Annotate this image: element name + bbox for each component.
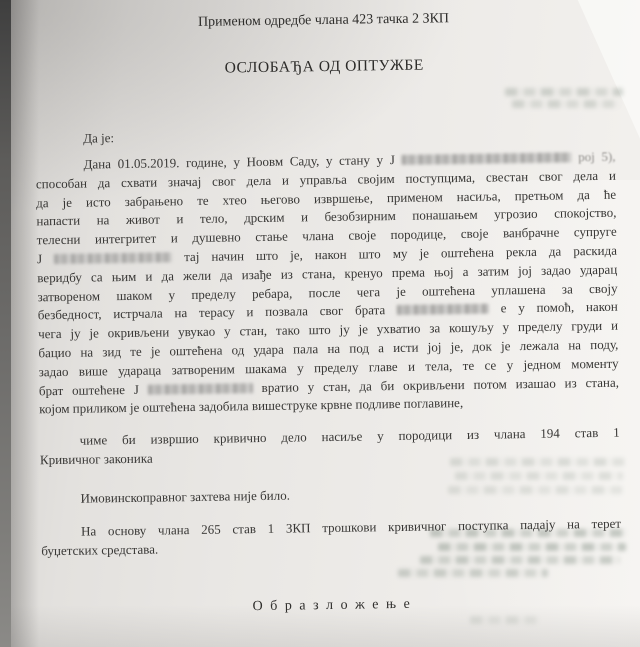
ruling-basis-heading: Применом одредбе члана 423 тачка 2 ЗКП [33,8,613,35]
court-judgment-text: Применом одредбе члана 423 тачка 2 ЗКП О… [33,0,623,647]
body-line-6-initial: Ј [37,251,42,266]
body-line-1-text: Дана 01.05.2019. године, у Ноовм Саду, у… [83,152,394,172]
facts-paragraph: Дана 01.05.2019. године, у Ноовм Саду, у… [35,148,619,420]
redacted-name-blur [397,304,489,315]
body-line-9-text: безбедност, истрчала на терасу и позвала… [38,303,386,323]
faint-address-tail: рој 5), [578,149,616,165]
redacted-name-blur [148,383,253,395]
body-line-13-text: брат оштећене Ј [39,381,139,397]
property-claim-line: Имовинскоправног захтева није било. [40,482,620,509]
photo-left-edge [0,0,11,647]
legal-qualification-paragraph: чиме би извршио кривично дело насиље у п… [40,424,620,470]
costs-paragraph: На основу члана 265 став 1 ЗКП трошкови … [41,515,621,561]
rationale-heading: О б р а з л о ж е њ е [42,593,622,620]
body-line-9-tail: е у помоћ, након [501,299,618,316]
intro-line: Да је: [35,122,615,149]
verdict-heading: ОСЛОБАЂА ОД ОПТУЖБЕ [34,54,614,81]
body-line-13-tail: вратио у стан, да би окривљени потом иза… [261,374,619,394]
redacted-address-blur [401,152,571,165]
redacted-name-blur [54,252,172,264]
document-photo: Применом одредбе члана 423 тачка 2 ЗКП О… [0,0,640,647]
